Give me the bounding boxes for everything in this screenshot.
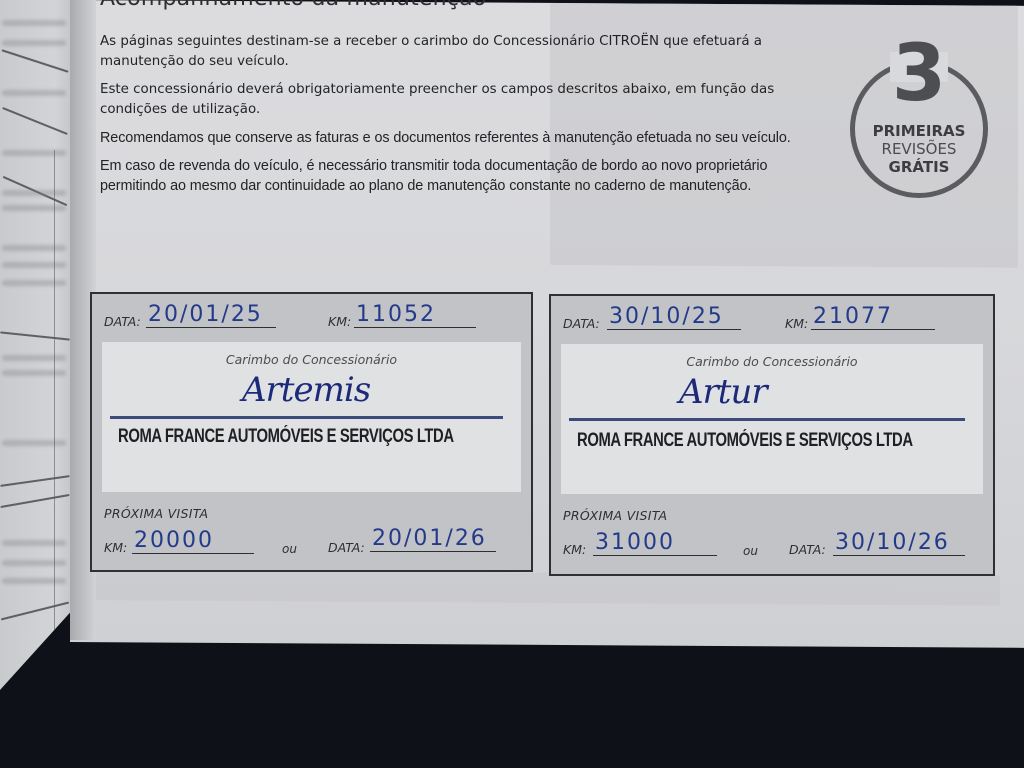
stamp-divider — [569, 418, 965, 421]
paragraph-3: Recomendamos que conserve as faturas e o… — [100, 128, 830, 148]
service-record-card-2: DATA: 30/10/25 KM: 21077 Carimbo do Conc… — [549, 294, 995, 576]
next-date-field[interactable]: 30/10/26 — [833, 532, 965, 556]
faded-background-box-bottom-left — [90, 570, 550, 603]
service-date-field[interactable]: 20/01/25 — [146, 304, 276, 328]
left-page-edge — [0, 0, 78, 690]
stamp-caption: Carimbo do Concessionário — [102, 352, 521, 367]
next-km-field[interactable]: 20000 — [132, 530, 254, 554]
free-revisions-badge: 3 PRIMEIRAS REVISÕES GRÁTIS — [846, 36, 992, 196]
intro-text: As páginas seguintes destinam-se a receb… — [100, 32, 830, 204]
next-km-label: KM: — [563, 542, 586, 557]
dealer-stamp-name: ROMA FRANCE AUTOMÓVEIS E SERVIÇOS LTDA — [577, 430, 913, 452]
page-title: Acompanhamento da manutenção — [100, 0, 486, 11]
dealer-stamp-name: ROMA FRANCE AUTOMÓVEIS E SERVIÇOS LTDA — [118, 426, 454, 448]
badge-line-1: PRIMEIRAS — [846, 122, 992, 140]
dealer-stamp-area: Carimbo do Concessionário Artemis ROMA F… — [102, 342, 521, 492]
faded-background-box-bottom-right — [550, 573, 1000, 606]
next-date-label: DATA: — [328, 540, 365, 555]
service-km-field[interactable]: 11052 — [354, 304, 476, 328]
km-label: KM: — [328, 314, 351, 329]
or-label: ou — [743, 544, 758, 558]
km-label: KM: — [785, 316, 808, 331]
dealer-signature: Artur — [679, 372, 767, 412]
next-date-label: DATA: — [789, 542, 826, 557]
next-date-field[interactable]: 20/01/26 — [370, 528, 496, 552]
or-label: ou — [282, 542, 297, 556]
stamp-caption: Carimbo do Concessionário — [561, 354, 983, 369]
paragraph-2: Este concessionário deverá obrigatoriame… — [100, 80, 830, 120]
next-km-label: KM: — [104, 540, 127, 555]
date-label: DATA: — [563, 316, 600, 331]
paragraph-4: Em caso de revenda do veículo, é necessá… — [100, 156, 830, 196]
next-visit-label: PRÓXIMA VISITA — [104, 506, 208, 521]
paragraph-1: As páginas seguintes destinam-se a receb… — [100, 32, 830, 72]
badge-line-2: REVISÕES — [846, 140, 992, 158]
date-label: DATA: — [104, 314, 141, 329]
service-km-field[interactable]: 21077 — [811, 306, 935, 330]
dealer-stamp-area: Carimbo do Concessionário Artur ROMA FRA… — [561, 344, 983, 494]
next-km-field[interactable]: 31000 — [593, 532, 717, 556]
stamp-divider — [110, 416, 503, 419]
service-record-card-1: DATA: 20/01/25 KM: 11052 Carimbo do Conc… — [90, 292, 533, 572]
next-visit-label: PRÓXIMA VISITA — [563, 508, 667, 523]
service-date-field[interactable]: 30/10/25 — [607, 306, 741, 330]
badge-line-3: GRÁTIS — [846, 158, 992, 176]
dealer-signature: Artemis — [242, 370, 370, 410]
badge-number: 3 — [846, 24, 992, 124]
